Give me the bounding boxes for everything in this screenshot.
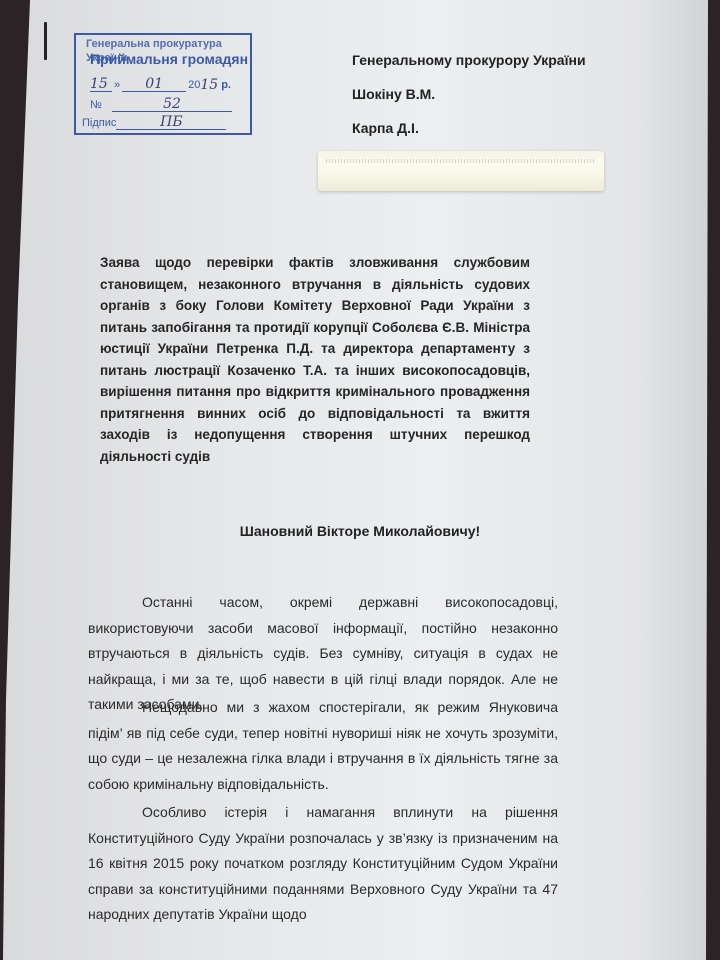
salutation: Шановний Вікторе Миколайовичу! bbox=[0, 523, 720, 539]
stamp-number-label: № bbox=[90, 98, 112, 112]
addressee-name: Шокіну В.М. bbox=[352, 86, 586, 120]
body-paragraph: Нещодавно ми з жахом спостерігали, як ре… bbox=[88, 695, 558, 797]
sender-name: Карпа Д.І. bbox=[352, 120, 586, 154]
reception-stamp: Генеральна прокуратура України Приймальн… bbox=[74, 33, 252, 135]
stamp-signature-label: Підпис bbox=[82, 116, 116, 130]
staple-mark bbox=[44, 22, 47, 60]
stamp-number: 52 bbox=[112, 97, 232, 112]
redaction-sachet bbox=[318, 151, 604, 191]
stamp-year-unit: р. bbox=[221, 78, 231, 92]
body-paragraph: Особливо істерія і намагання вплинути на… bbox=[88, 800, 558, 928]
stamp-signature-row: Підпис ПБ bbox=[82, 115, 226, 130]
addressee-title: Генеральному прокурору України bbox=[352, 52, 586, 86]
document-subject: Заява щодо перевірки фактів зловживання … bbox=[100, 252, 530, 467]
stamp-month: 01 bbox=[122, 77, 186, 92]
stamp-year-suffix: 15 bbox=[200, 78, 218, 92]
stamp-signature: ПБ bbox=[116, 115, 226, 130]
stamp-year-prefix: 20 bbox=[188, 78, 200, 92]
stamp-department: Приймальня громадян bbox=[90, 52, 248, 66]
addressee-block: Генеральному прокурору України Шокіну В.… bbox=[352, 52, 586, 154]
stamp-date-row: 15 » 01 20 15 р. bbox=[90, 77, 231, 92]
stamp-number-row: № 52 bbox=[90, 97, 232, 112]
stamp-day: 15 bbox=[90, 77, 112, 92]
